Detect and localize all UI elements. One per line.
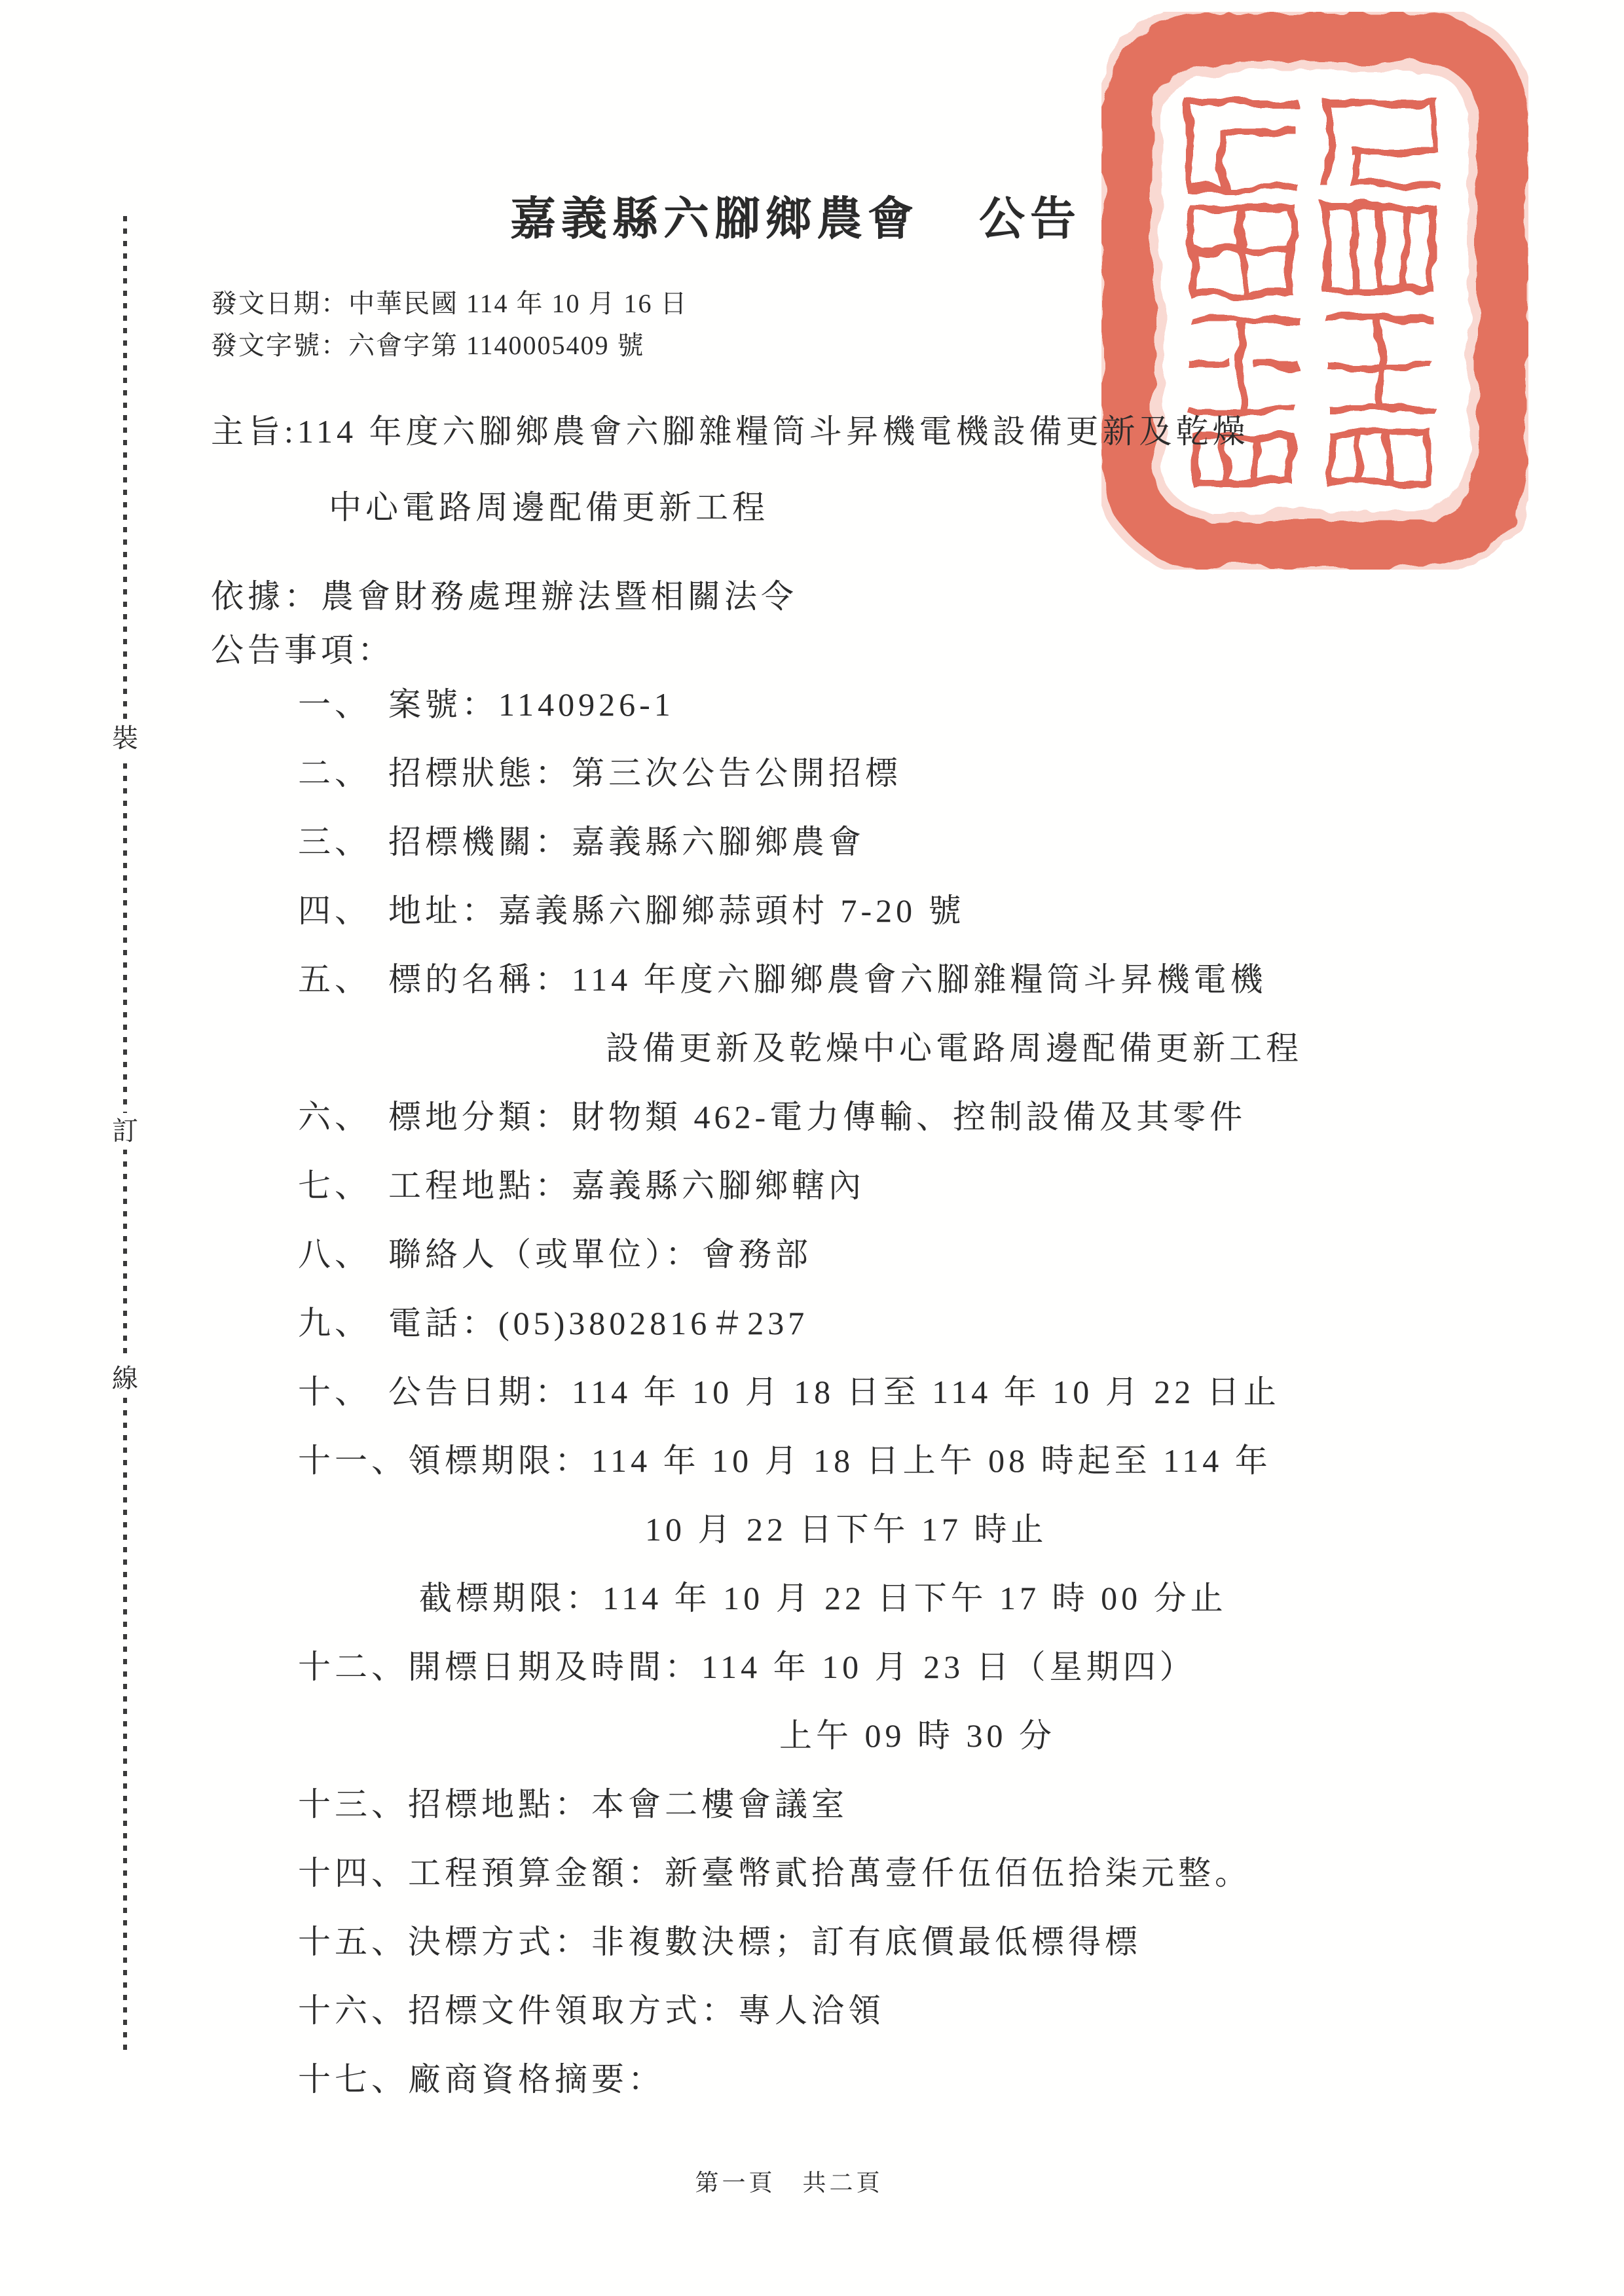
item-line: 十五、決標方式：非複數決標；訂有底價最低標得標 bbox=[298, 1922, 1302, 1990]
subject-label: 主旨 bbox=[211, 413, 284, 450]
item-number: 五、 bbox=[298, 959, 388, 1000]
issue-date-sep: ： bbox=[321, 289, 348, 318]
item-number: 十七、 bbox=[298, 2059, 408, 2100]
item-number: 十三、 bbox=[298, 1784, 408, 1825]
subject-line-2: 中心電路周邊配備更新工程 bbox=[211, 487, 1249, 528]
item-text: 招標文件領取方式：專人洽領 bbox=[408, 1992, 885, 2029]
item-number: 三、 bbox=[298, 822, 388, 862]
item-text: 地址：嘉義縣六腳鄉蒜頭村 7-20 號 bbox=[388, 892, 965, 929]
item-line: 十一、領標期限：114 年 10 月 18 日上午 08 時起至 114 年 bbox=[298, 1440, 1302, 1509]
subject-text-1: 114 年度六腳鄉農會六腳雜糧筒斗昇機電機設備更新及乾燥 bbox=[297, 413, 1249, 450]
item-text: 標地分類：財物類 462-電力傳輸、控制設備及其零件 bbox=[388, 1099, 1246, 1135]
item-text: 截標期限：114 年 10 月 22 日下午 17 時 00 分止 bbox=[419, 1580, 1227, 1616]
item-line: 上午 09 時 30 分 bbox=[298, 1715, 1302, 1784]
item-number: 一、 bbox=[298, 684, 388, 725]
item-text: 招標地點：本會二樓會議室 bbox=[408, 1786, 848, 1823]
item-text: 開標日期及時間：114 年 10 月 23 日（星期四） bbox=[408, 1649, 1196, 1685]
basis-line: 依據：農會財務處理辦法暨相關法令 bbox=[211, 576, 798, 617]
item-number: 四、 bbox=[298, 890, 388, 931]
issue-date-line: 發文日期：中華民國 114 年 10 月 16 日 bbox=[211, 283, 688, 325]
item-text: 工程預算金額：新臺幣貳拾萬壹仟伍佰伍拾柒元整。 bbox=[408, 1855, 1251, 1891]
subject-line-1: 主旨:114 年度六腳鄉農會六腳雜糧筒斗昇機電機設備更新及乾燥 bbox=[211, 411, 1249, 452]
item-line: 十六、招標文件領取方式：專人洽領 bbox=[298, 1990, 1302, 2059]
item-line: 十四、工程預算金額：新臺幣貳拾萬壹仟伍佰伍拾柒元整。 bbox=[298, 1853, 1302, 1922]
item-number: 十四、 bbox=[298, 1853, 408, 1893]
item-text: 招標狀態：第三次公告公開招標 bbox=[388, 755, 902, 792]
item-line: 三、招標機關：嘉義縣六腳鄉農會 bbox=[298, 822, 1302, 890]
item-line: 二、招標狀態：第三次公告公開招標 bbox=[298, 753, 1302, 822]
item-text: 聯絡人（或單位）：會務部 bbox=[388, 1236, 812, 1273]
issue-number-sep: ： bbox=[321, 331, 348, 360]
binding-mark-xian: 線 bbox=[105, 1360, 145, 1397]
item-line: 截標期限：114 年 10 月 22 日下午 17 時 00 分止 bbox=[298, 1578, 1302, 1647]
item-line: 設備更新及乾燥中心電路周邊配備更新工程 bbox=[298, 1028, 1302, 1097]
subject-sep: : bbox=[284, 413, 297, 450]
item-text: 招標機關：嘉義縣六腳鄉農會 bbox=[388, 824, 865, 860]
item-line: 七、工程地點：嘉義縣六腳鄉轄內 bbox=[298, 1165, 1302, 1234]
subject-block: 主旨:114 年度六腳鄉農會六腳雜糧筒斗昇機電機設備更新及乾燥 中心電路周邊配備… bbox=[211, 411, 1249, 528]
item-text: 案號：1140926-1 bbox=[388, 686, 674, 723]
page-footer: 第一頁 共二頁 bbox=[0, 2164, 1578, 2198]
item-line: 六、標地分類：財物類 462-電力傳輸、控制設備及其零件 bbox=[298, 1097, 1302, 1165]
item-text: 電話：(05)3802816＃237 bbox=[388, 1305, 808, 1341]
item-number: 二、 bbox=[298, 753, 388, 793]
doc-meta: 發文日期：中華民國 114 年 10 月 16 日 發文字號：六會字第 1140… bbox=[211, 283, 688, 367]
item-line: 十二、開標日期及時間：114 年 10 月 23 日（星期四） bbox=[298, 1647, 1302, 1715]
item-number: 十二、 bbox=[298, 1647, 408, 1687]
item-number: 九、 bbox=[298, 1303, 388, 1343]
item-text: 決標方式：非複數決標；訂有底價最低標得標 bbox=[408, 1923, 1141, 1960]
item-line: 九、電話：(05)3802816＃237 bbox=[298, 1303, 1302, 1372]
item-text: 設備更新及乾燥中心電路周邊配備更新工程 bbox=[606, 1030, 1302, 1066]
item-text: 工程地點：嘉義縣六腳鄉轄內 bbox=[388, 1167, 865, 1204]
binding-mark-zhuang: 裝 bbox=[105, 720, 145, 757]
item-line: 八、聯絡人（或單位）：會務部 bbox=[298, 1234, 1302, 1303]
item-text: 上午 09 時 30 分 bbox=[779, 1717, 1056, 1754]
items-list: 一、案號：1140926-1 二、招標狀態：第三次公告公開招標 三、招標機關：嘉… bbox=[298, 684, 1302, 2128]
item-number: 十六、 bbox=[298, 1990, 408, 2031]
issue-number-value: 六會字第 1140005409 號 bbox=[348, 331, 645, 360]
item-text: 標的名稱：114 年度六腳鄉農會六腳雜糧筒斗昇機電機 bbox=[388, 961, 1267, 998]
issue-date-value: 中華民國 114 年 10 月 16 日 bbox=[348, 289, 688, 318]
item-text: 10 月 22 日下午 17 時止 bbox=[645, 1511, 1048, 1548]
item-text: 公告日期：114 年 10 月 18 日至 114 年 10 月 22 日止 bbox=[388, 1374, 1280, 1410]
basis-sep: ： bbox=[284, 578, 321, 615]
item-line: 十七、廠商資格摘要： bbox=[298, 2059, 1302, 2128]
binding-mark-ding: 訂 bbox=[105, 1113, 145, 1150]
item-line: 五、標的名稱：114 年度六腳鄉農會六腳雜糧筒斗昇機電機 bbox=[298, 959, 1302, 1028]
page-title: 嘉義縣六腳鄉農會公告 bbox=[0, 182, 1591, 248]
issue-date-label: 發文日期 bbox=[211, 289, 321, 318]
item-text: 廠商資格摘要： bbox=[408, 2061, 665, 2098]
item-line: 十、公告日期：114 年 10 月 18 日至 114 年 10 月 22 日止 bbox=[298, 1372, 1302, 1440]
item-text: 領標期限：114 年 10 月 18 日上午 08 時起至 114 年 bbox=[408, 1442, 1272, 1479]
item-number: 十一、 bbox=[298, 1440, 408, 1481]
title-type: 公告 bbox=[979, 194, 1081, 245]
title-org: 嘉義縣六腳鄉農會 bbox=[510, 194, 919, 245]
item-number: 七、 bbox=[298, 1165, 388, 1206]
issue-number-line: 發文字號：六會字第 1140005409 號 bbox=[211, 325, 688, 367]
announcement-items-heading: 公告事項： bbox=[211, 630, 394, 670]
item-line: 十三、招標地點：本會二樓會議室 bbox=[298, 1784, 1302, 1853]
item-number: 六、 bbox=[298, 1097, 388, 1137]
announcement-page: 裝 訂 線 bbox=[0, 0, 1624, 2296]
item-line: 一、案號：1140926-1 bbox=[298, 684, 1302, 753]
item-line: 10 月 22 日下午 17 時止 bbox=[298, 1509, 1302, 1578]
item-line: 四、地址：嘉義縣六腳鄉蒜頭村 7-20 號 bbox=[298, 890, 1302, 959]
basis-label: 依據 bbox=[211, 578, 284, 615]
item-number: 十五、 bbox=[298, 1922, 408, 1962]
item-number: 八、 bbox=[298, 1234, 388, 1275]
issue-number-label: 發文字號 bbox=[211, 331, 321, 360]
basis-value: 農會財務處理辦法暨相關法令 bbox=[321, 578, 798, 615]
item-number: 十、 bbox=[298, 1372, 388, 1412]
